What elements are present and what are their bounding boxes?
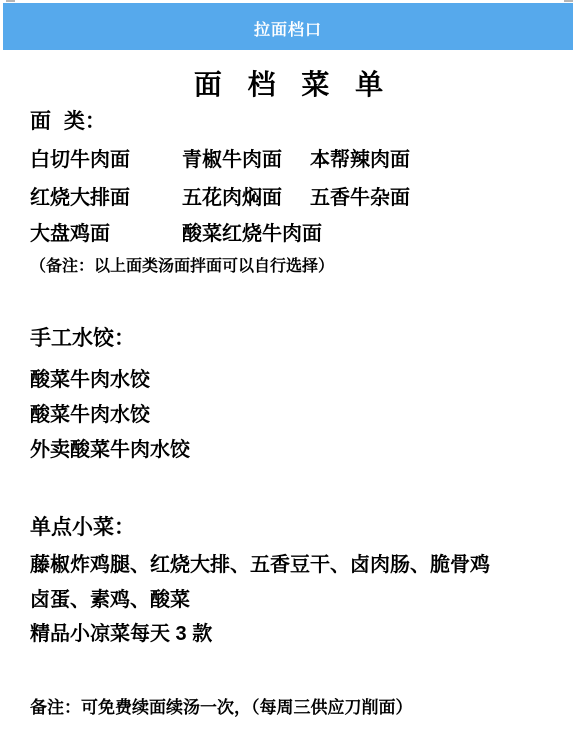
menu-item: 酸菜牛肉水饺	[30, 403, 547, 427]
stall-name: 拉面档口	[254, 17, 322, 40]
menu-item	[310, 222, 547, 246]
menu-item-line: 藤椒炸鸡腿、红烧大排、五香豆干、卤肉肠、脆骨鸡	[30, 553, 547, 577]
footer-note: 备注：可免费续面续汤一次，（每周三供应刀削面）	[30, 697, 547, 719]
menu-item: 青椒牛肉面	[182, 148, 310, 172]
top-left-border-mark	[6, 0, 15, 2]
menu-item: 酸菜红烧牛肉面	[182, 222, 310, 246]
menu-item: 五花肉焖面	[182, 186, 310, 210]
menu-item: 外卖酸菜牛肉水饺	[30, 438, 547, 462]
menu-item: 大盘鸡面	[30, 222, 182, 246]
noodle-row: 红烧大排面 五花肉焖面 五香牛杂面	[30, 186, 547, 210]
menu-item: 本帮辣肉面	[310, 148, 547, 172]
top-right-border-mark	[564, 0, 573, 2]
menu-item: 酸菜牛肉水饺	[30, 368, 547, 392]
sides-section-heading: 单点小菜：	[30, 515, 547, 541]
menu-item-line: 卤蛋、素鸡、酸菜	[30, 588, 547, 612]
noodle-row: 白切牛肉面 青椒牛肉面 本帮辣肉面	[30, 148, 547, 172]
noodle-row: 大盘鸡面 酸菜红烧牛肉面	[30, 222, 547, 246]
menu-item: 红烧大排面	[30, 186, 182, 210]
menu-item: 白切牛肉面	[30, 148, 182, 172]
menu-item-line: 精品小凉菜每天 3 款	[30, 622, 547, 646]
menu-item: 五香牛杂面	[310, 186, 547, 210]
noodles-section-heading: 面 类：	[30, 109, 547, 135]
menu-content: 面 类： 白切牛肉面 青椒牛肉面 本帮辣肉面 红烧大排面 五花肉焖面 五香牛杂面…	[30, 95, 547, 719]
menu-page: 拉面档口 面 档 菜 单 面 类： 白切牛肉面 青椒牛肉面 本帮辣肉面 红烧大排…	[0, 0, 577, 748]
header-bar: 拉面档口	[3, 3, 573, 50]
dumplings-section-heading: 手工水饺：	[30, 326, 547, 352]
noodles-note: （备注：以上面类汤面拌面可以自行选择）	[30, 257, 547, 277]
